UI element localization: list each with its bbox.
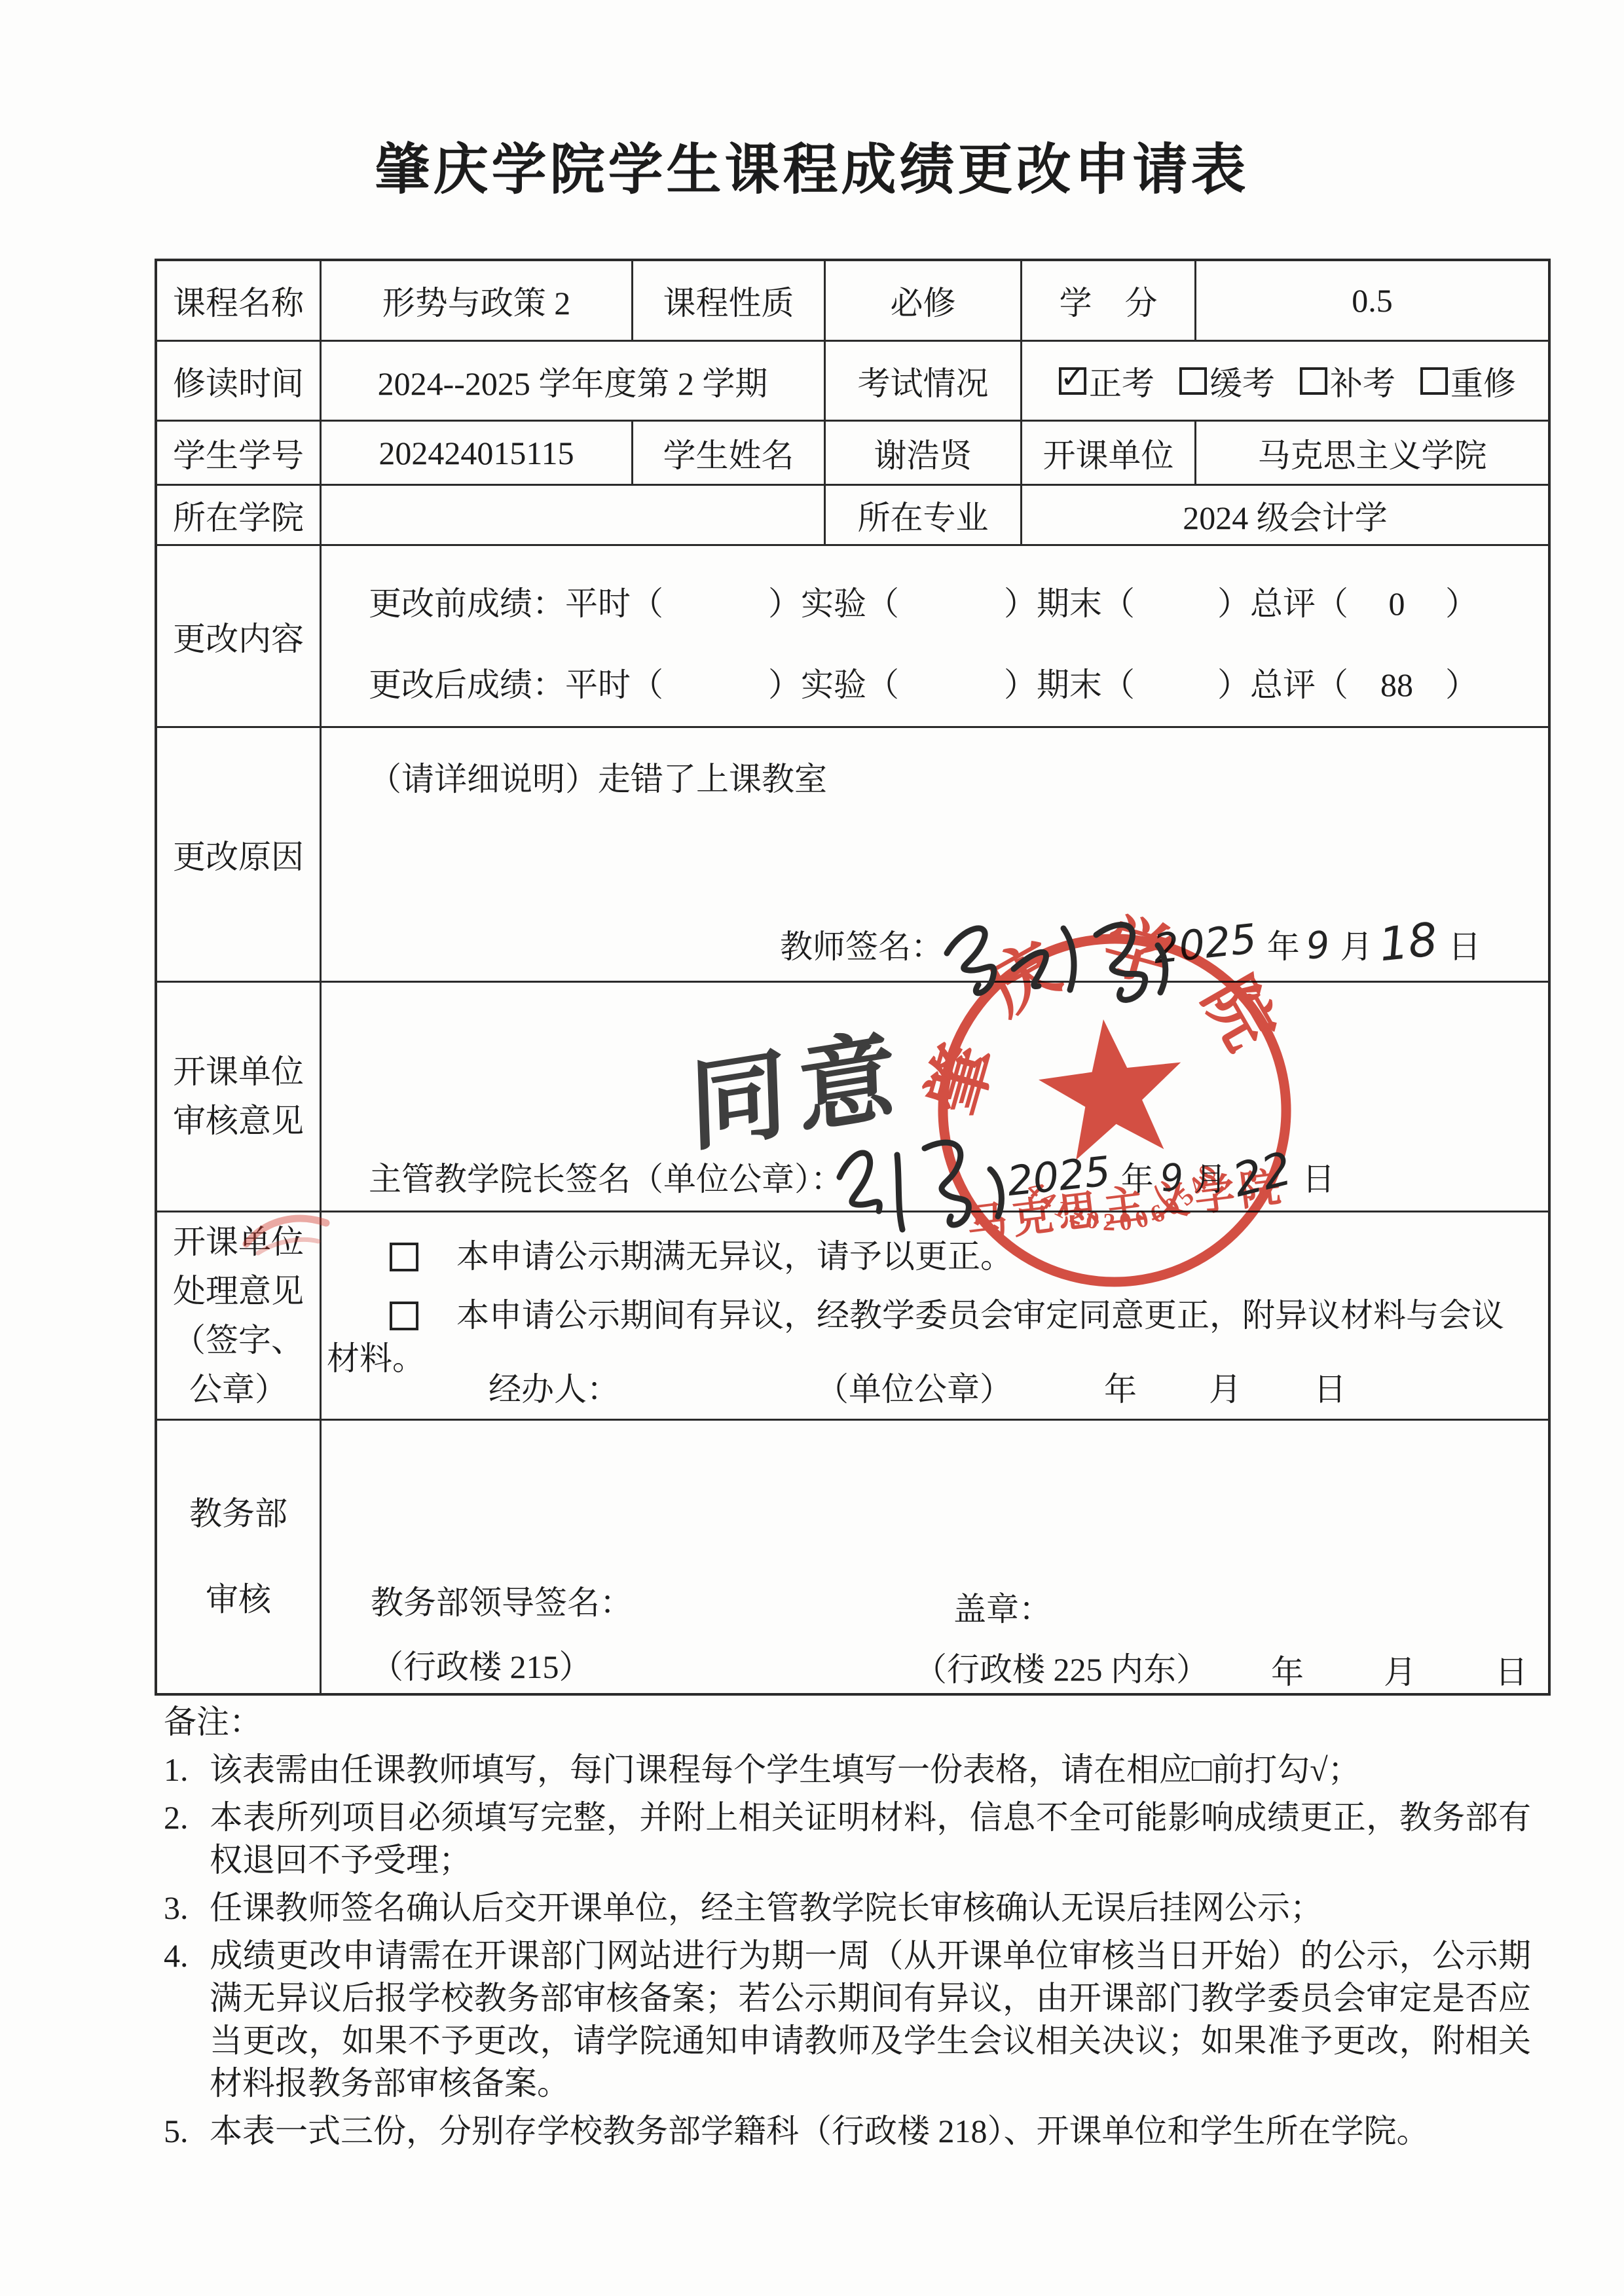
option-makeup-exam: 补考 bbox=[1300, 357, 1395, 405]
exam-status-label: 考试情况 bbox=[826, 342, 1022, 422]
teacher-sign-day: 18 bbox=[1376, 913, 1440, 972]
scores-before-line: 更改前成绩：平时（）实验（）期末（）总评（0） bbox=[322, 577, 1548, 625]
note-number: 3. bbox=[164, 1887, 210, 1929]
course-name-value: 形势与政策 2 bbox=[322, 261, 633, 342]
unit-review-label-line1: 开课单位 bbox=[173, 1048, 304, 1097]
change-content-cell: 更改前成绩：平时（）实验（）期末（）总评（0） 更改后成绩：平时（）实验（）期末… bbox=[322, 546, 1548, 728]
checkbox-label: 缓考 bbox=[1209, 357, 1275, 405]
change-reason-cell: （请详细说明）走错了上课教室 教师签名： 2025 年 9 月 18 日 bbox=[322, 728, 1548, 983]
checkbox-mark: ✓ bbox=[1060, 362, 1086, 392]
credit-value: 0.5 bbox=[1196, 261, 1548, 342]
checkbox-deferred-exam bbox=[1179, 367, 1207, 395]
after-sep1: ）实验（ bbox=[768, 666, 899, 703]
offering-unit-label: 开课单位 bbox=[1022, 422, 1196, 486]
dean-sign-month: 9 bbox=[1158, 1156, 1185, 1200]
checkbox-no-objection bbox=[390, 1243, 418, 1271]
student-name-label: 学生姓名 bbox=[633, 422, 826, 486]
change-reason-label: 更改原因 bbox=[157, 728, 322, 983]
month-unit: 月 bbox=[1384, 1646, 1416, 1693]
red-ink-smudge bbox=[240, 1203, 338, 1262]
note-item-5: 5.本表一式三份，分别存学校教务部学籍科（行政楼 218）、开课单位和学生所在学… bbox=[164, 2110, 1531, 2153]
option-deferred-exam: 缓考 bbox=[1179, 357, 1275, 405]
dean-sign-label: 主管教学院长签名（单位公章）： bbox=[369, 1153, 843, 1200]
unit-seal-label: （单位公章） bbox=[816, 1363, 1012, 1410]
scores-after-line: 更改后成绩：平时（）实验（）期末（）总评（88） bbox=[322, 659, 1548, 706]
credit-label: 学 分 bbox=[1022, 261, 1196, 342]
unit-review-label: 开课单位 审核意见 bbox=[157, 983, 322, 1212]
checkbox-label: 补考 bbox=[1330, 357, 1395, 405]
note-number: 4. bbox=[164, 1935, 210, 1977]
note-text: 任课教师签名确认后交开课单位，经主管教学院长审核确认无误后挂网公示； bbox=[210, 1889, 1323, 1926]
year-unit: 年 bbox=[1267, 920, 1300, 968]
course-type-value: 必修 bbox=[826, 261, 1022, 342]
note-text: 成绩更改申请需在开课部门网站进行为期一周（从开课单位审核当日开始）的公示，公示期… bbox=[210, 1937, 1531, 2102]
after-sep2: ）期末（ bbox=[1004, 666, 1135, 703]
month-unit: 月 bbox=[1340, 920, 1373, 968]
note-number: 2. bbox=[164, 1796, 210, 1839]
note-item-3: 3.任课教师签名确认后交开课单位，经主管教学院长审核确认无误后挂网公示； bbox=[164, 1887, 1531, 1929]
processing-option-1-text: 本申请公示期满无异议，请予以更正。 bbox=[456, 1238, 1013, 1275]
notes-title: 备注： bbox=[164, 1701, 1531, 1743]
exam-status-options: ✓ 正考 缓考 补考 重修 bbox=[1022, 342, 1548, 422]
teacher-sign-year: 2025 bbox=[1151, 915, 1259, 973]
year-unit: 年 bbox=[1121, 1153, 1154, 1200]
handwritten-agree: 同意 bbox=[687, 994, 909, 1171]
after-tail: ） bbox=[1445, 666, 1478, 703]
agent-row: 经办人： （单位公章） 年 月 日 bbox=[489, 1363, 1346, 1410]
change-reason-text: （请详细说明）走错了上课教室 bbox=[322, 728, 1548, 800]
day-unit: 日 bbox=[1495, 1646, 1528, 1693]
month-unit: 月 bbox=[1194, 1153, 1227, 1200]
affairs-seal-location: （行政楼 225 内东） bbox=[914, 1643, 1209, 1690]
dean-sign-day: 22 bbox=[1228, 1141, 1297, 1207]
study-time-label: 修读时间 bbox=[157, 342, 322, 422]
checkbox-label: 正考 bbox=[1089, 357, 1154, 405]
academic-affairs-cell: 教务部领导签名： （行政楼 215） 盖章： （行政楼 225 内东） 年 月 … bbox=[322, 1421, 1548, 1693]
option-regular-exam: ✓ 正考 bbox=[1059, 357, 1154, 405]
checkbox-objection bbox=[390, 1302, 418, 1330]
affairs-seal-label: 盖章： bbox=[953, 1583, 1052, 1630]
before-sep1: ）实验（ bbox=[768, 585, 899, 622]
student-id-value: 202424015115 bbox=[322, 422, 633, 486]
teacher-sign-row: 教师签名： 2025 年 9 月 18 日 bbox=[780, 915, 1488, 969]
checkbox-retake bbox=[1420, 367, 1448, 395]
unit-processing-label-line2: 处理意见 bbox=[173, 1267, 304, 1316]
option-retake: 重修 bbox=[1420, 357, 1516, 405]
before-sep2: ）期末（ bbox=[1004, 585, 1135, 622]
major-label: 所在专业 bbox=[826, 486, 1022, 546]
processing-option-1: 本申请公示期满无异议，请予以更正。 bbox=[327, 1235, 1528, 1278]
unit-processing-cell: 本申请公示期满无异议，请予以更正。 本申请公示期间有异议，经教学委员会审定同意更… bbox=[322, 1212, 1548, 1421]
student-college-label: 所在学院 bbox=[157, 486, 322, 546]
student-name-value: 谢浩贤 bbox=[826, 422, 1022, 486]
year-unit: 年 bbox=[1104, 1363, 1137, 1410]
note-item-2: 2.本表所列项目必须填写完整，并附上相关证明材料，信息不全可能影响成绩更正，教务… bbox=[164, 1796, 1531, 1882]
before-tail: ） bbox=[1445, 585, 1478, 622]
before-sep3: ）总评（ bbox=[1217, 585, 1348, 622]
form-table: 课程名称 形势与政策 2 课程性质 必修 学 分 0.5 修读时间 2024--… bbox=[155, 259, 1551, 1696]
before-total-value: 0 bbox=[1348, 585, 1445, 623]
student-college-value bbox=[322, 486, 826, 546]
note-item-4: 4.成绩更改申请需在开课部门网站进行为期一周（从开课单位审核当日开始）的公示，公… bbox=[164, 1935, 1531, 2105]
student-id-label: 学生学号 bbox=[157, 422, 322, 486]
teacher-sign-month: 9 bbox=[1304, 923, 1331, 968]
academic-affairs-label-line1: 教务部 bbox=[189, 1489, 287, 1539]
after-total-value: 88 bbox=[1348, 666, 1445, 704]
study-time-value: 2024--2025 学年度第 2 学期 bbox=[322, 342, 826, 422]
day-unit: 日 bbox=[1302, 1153, 1335, 1200]
day-unit: 日 bbox=[1314, 1363, 1346, 1410]
agent-label: 经办人： bbox=[489, 1363, 619, 1410]
offering-unit-value: 马克思主义学院 bbox=[1196, 422, 1548, 486]
academic-affairs-label: 教务部 审核 bbox=[157, 1421, 322, 1693]
note-text: 该表需由任课教师填写，每门课程每个学生填写一份表格，请在相应□前打勾√； bbox=[210, 1751, 1361, 1788]
checkbox-makeup-exam bbox=[1300, 367, 1327, 395]
unit-review-label-line2: 审核意见 bbox=[173, 1097, 304, 1146]
unit-review-cell: 同意 主管教学院长签名（单位公章）： 2025 年 9 月 22 日 bbox=[322, 983, 1548, 1212]
day-unit: 日 bbox=[1449, 920, 1481, 968]
after-sep3: ）总评（ bbox=[1217, 666, 1348, 703]
affairs-leader-sign-label: 教务部领导签名： bbox=[371, 1576, 633, 1624]
academic-affairs-label-line2: 审核 bbox=[206, 1575, 271, 1624]
note-text: 本表一式三份，分别存学校教务部学籍科（行政楼 218）、开课单位和学生所在学院。 bbox=[210, 2113, 1430, 2149]
affairs-leader-location: （行政楼 215） bbox=[371, 1641, 592, 1688]
unit-processing-label-line3: （签字、 bbox=[173, 1316, 304, 1365]
checkbox-regular-exam: ✓ bbox=[1059, 367, 1086, 395]
year-unit: 年 bbox=[1271, 1646, 1304, 1693]
course-name-label: 课程名称 bbox=[157, 261, 322, 342]
note-item-1: 1.该表需由任课教师填写，每门课程每个学生填写一份表格，请在相应□前打勾√； bbox=[164, 1749, 1531, 1791]
checkbox-label: 重修 bbox=[1450, 357, 1516, 405]
major-value: 2024 级会计学 bbox=[1022, 486, 1548, 546]
dean-sign-row: 主管教学院长签名（单位公章）： 2025 年 9 月 22 日 bbox=[369, 1148, 1342, 1201]
before-head: 更改前成绩：平时（ bbox=[369, 585, 663, 622]
notes-section: 备注： 1.该表需由任课教师填写，每门课程每个学生填写一份表格，请在相应□前打勾… bbox=[164, 1701, 1531, 2153]
note-number: 1. bbox=[164, 1749, 210, 1791]
form-title: 肇庆学院学生课程成绩更改申请表 bbox=[0, 126, 1624, 205]
note-number: 5. bbox=[164, 2110, 210, 2153]
unit-processing-label-line4: 公章） bbox=[189, 1365, 287, 1414]
month-unit: 月 bbox=[1209, 1363, 1242, 1410]
teacher-sign-label: 教师签名： bbox=[780, 920, 944, 968]
after-head: 更改后成绩：平时（ bbox=[369, 666, 663, 703]
note-text: 本表所列项目必须填写完整，并附上相关证明材料，信息不全可能影响成绩更正，教务部有… bbox=[210, 1799, 1531, 1878]
change-content-label: 更改内容 bbox=[157, 546, 322, 728]
grade-change-application-form: 肇庆学院学生课程成绩更改申请表 课程名称 形势与政策 2 课程性质 必修 学 分… bbox=[0, 0, 1624, 2296]
dean-sign-year: 2025 bbox=[1005, 1147, 1113, 1205]
course-type-label: 课程性质 bbox=[633, 261, 826, 342]
